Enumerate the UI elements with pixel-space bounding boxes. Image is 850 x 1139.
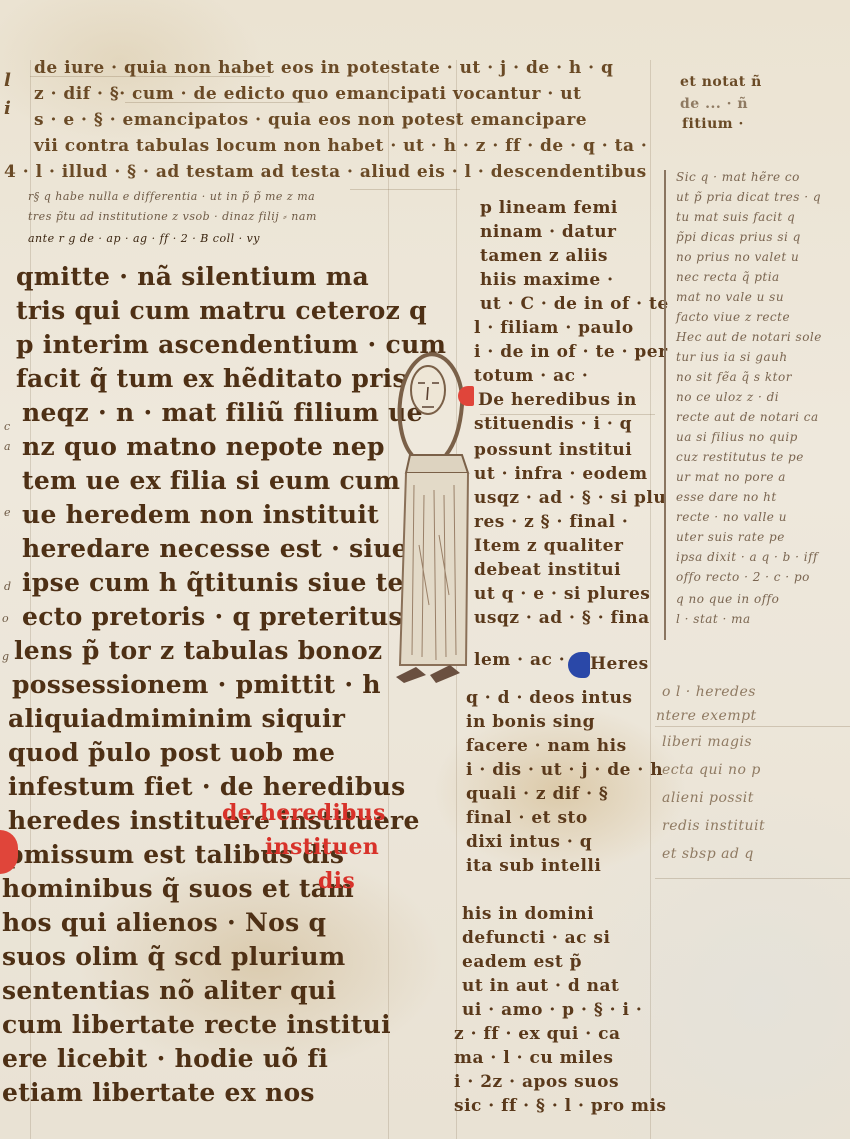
rubric-red-heading: instituen: [265, 834, 379, 860]
text-line: quod p̃ulo post uob me: [8, 738, 335, 767]
gloss-line: vii contra tabulas locum non habet · ut …: [34, 136, 647, 156]
text-line: q · d · deos intus: [466, 688, 632, 708]
gloss-bracket: [664, 170, 666, 640]
text-line: possessionem · pmittit · h: [12, 670, 381, 699]
margin-note: no sit fẽa q̃ s ktor: [676, 370, 792, 384]
margin-note: liberi magis: [662, 734, 752, 750]
margin-note: recte · no valle u: [676, 510, 787, 524]
text-line: tris qui cum matru ceteroz q: [16, 296, 427, 325]
text-line: lens p̃ tor z tabulas bonoz: [14, 636, 382, 665]
red-paraph-mark: [458, 386, 474, 406]
text-line: ere licebit · hodie uõ fi: [2, 1044, 328, 1073]
gloss-line: 4 · l · illud · § · ad testam ad testa ·…: [4, 162, 647, 182]
blue-initial-word: Heres: [590, 654, 649, 674]
text-line: final · et sto: [466, 808, 588, 828]
text-line: defuncti · ac si: [462, 928, 610, 948]
margin-note: uter suis rate pe: [676, 530, 785, 544]
text-line: sic · ff · § · l · pro mis: [454, 1096, 667, 1116]
margin-note: l · stat · ma: [676, 612, 751, 626]
text-line: p lineam femi: [480, 198, 618, 218]
text-line: hiis maxime ·: [480, 270, 614, 290]
text-line: l · filiam · paulo: [474, 318, 634, 338]
margin-note: cuz restitutus te pe: [676, 450, 804, 464]
text-line: facit q̃ tum ex hẽditato pris: [16, 364, 407, 393]
text-line: debeat institui: [474, 560, 621, 580]
text-line: tamen z aliis: [480, 246, 608, 266]
margin-gloss: de ... · ñ: [680, 96, 748, 112]
margin-mark: o: [2, 612, 9, 625]
margin-note: mat no vale u su: [676, 290, 784, 304]
margin-mark: e: [4, 506, 11, 519]
text-line: p interim ascendentium · cum: [16, 330, 446, 359]
margin-note: ntere exempt: [656, 708, 757, 724]
text-line: ue heredem non instituit: [22, 500, 379, 529]
margin-note: offo recto · 2 · c · po: [676, 570, 810, 584]
text-line: z · ff · ex qui · ca: [454, 1024, 621, 1044]
text-line: qmitte · nã silentium ma: [16, 262, 369, 291]
rubric-red-heading: de heredibus: [222, 800, 386, 826]
margin-mark: a: [4, 440, 11, 453]
margin-gloss: fitium ·: [682, 116, 744, 132]
section-heading: De heredibus in: [478, 390, 637, 410]
blue-initial-mark: [568, 652, 590, 678]
text-line: aliquiadmiminim siquir: [8, 704, 345, 733]
text-line: ut in aut · d nat: [462, 976, 619, 996]
margin-note: tur ius ia si gauh: [676, 350, 788, 364]
gloss-line: s · e · § · emancipatos · quia eos non p…: [34, 110, 587, 130]
text-line: ut q · e · si plures: [474, 584, 650, 604]
margin-note: facto viue z recte: [676, 310, 790, 324]
interlinear-note: ante r g de · ap · ag · ff · 2 · B coll …: [28, 232, 260, 245]
margin-note: Sic q · mat hẽre co: [676, 170, 800, 184]
margin-note: recte aut de notari ca: [676, 410, 819, 424]
text-line: infestum fiet · de heredibus: [8, 772, 405, 801]
margin-gloss: et notat ñ: [680, 74, 762, 90]
text-line: etiam libertate ex nos: [2, 1078, 315, 1107]
text-line: Item z qualiter: [474, 536, 623, 556]
margin-note: p̃pi dicas prius si q: [676, 230, 801, 244]
underline-rule: [655, 878, 850, 879]
text-line: ipse cum h q̃titunis siue te: [22, 568, 404, 597]
gloss-line: de iure · quia non habet eos in potestat…: [34, 58, 613, 78]
text-line: ut · infra · eodem: [474, 464, 648, 484]
text-line: ma · l · cu miles: [454, 1048, 613, 1068]
text-line: ecto pretoris · q preteritus h: [22, 602, 430, 631]
margin-note: q no que in offo: [676, 592, 779, 606]
text-line: heredare necesse est · siue d: [22, 534, 435, 563]
margin-mark: i: [4, 98, 11, 119]
text-line: usqz · ad · § · fina: [474, 608, 650, 628]
text-line: his in domini: [462, 904, 594, 924]
text-line: neqz · n · mat filiũ filium ue: [22, 398, 423, 427]
margin-note: ua si filius no quip: [676, 430, 798, 444]
gloss-line: z · dif · §· cum · de edicto quo emancip…: [34, 84, 581, 104]
text-line: i · de in of · te · per: [474, 342, 668, 362]
margin-mark: g: [2, 650, 10, 663]
text-line: facere · nam his: [466, 736, 627, 756]
text-line: hos qui alienos · Nos q: [2, 908, 326, 937]
margin-mark: d: [4, 580, 12, 593]
interlinear-note: r§ q habe nulla e differentia · ut in p̃…: [28, 190, 315, 203]
text-line: possunt institui: [474, 440, 632, 460]
rubric-red-heading: dis: [318, 868, 355, 894]
margin-note: o l · heredes: [662, 684, 756, 700]
margin-note: ut p̃ pria dicat tres · q: [676, 190, 821, 204]
text-line: dixi intus · q: [466, 832, 592, 852]
text-line: in bonis sing: [466, 712, 595, 732]
interlinear-note: tres p̃tu ad institutione z vsob · dinaz…: [28, 210, 317, 223]
text-line: sententias nõ aliter qui: [2, 976, 336, 1005]
text-line: ninam · datur: [480, 222, 617, 242]
text-line: tem ue ex filia si eum cum: [22, 466, 400, 495]
text-line: i · dis · ut · j · de · h: [466, 760, 663, 780]
margin-note: no ce uloz z · di: [676, 390, 779, 404]
text-line: i · 2z · apos suos: [454, 1072, 619, 1092]
text-line: nz quo matno nepote nep: [22, 432, 385, 461]
margin-note: alieni possit: [662, 790, 754, 806]
margin-note: ur mat no pore a: [676, 470, 786, 484]
text-line: cum libertate recte institui: [2, 1010, 391, 1039]
text-line: suos olim q̃ scd plurium: [2, 942, 346, 971]
section-heading: stituendis · i · q: [474, 414, 632, 434]
margin-note: no prius no valet u: [676, 250, 799, 264]
margin-note: et sbsp ad q: [662, 846, 754, 862]
text-line: quali · z dif · §: [466, 784, 608, 804]
text-line: ita sub intelli: [466, 856, 601, 876]
margin-note: redis instituit: [662, 818, 765, 834]
text-line: usqz · ad · § · si plu: [474, 488, 666, 508]
text-line: ut · C · de in of · te: [480, 294, 669, 314]
margin-note: Hec aut de notari sole: [676, 330, 822, 344]
margin-note: nec recta q̃ ptia: [676, 270, 780, 284]
margin-mark: l: [4, 70, 11, 91]
margin-mark: c: [4, 420, 11, 433]
text-line: res · z § · final ·: [474, 512, 628, 532]
text-line: totum · ac ·: [474, 366, 588, 386]
underline-rule: [655, 726, 850, 727]
text-line: lem · ac ·: [474, 650, 565, 670]
margin-note: tu mat suis facit q: [676, 210, 795, 224]
margin-note: esse dare no ht: [676, 490, 777, 504]
text-line: ui · amo · p · § · i ·: [462, 1000, 642, 1020]
margin-note: ipsa dixit · a q · b · iff: [676, 550, 818, 564]
underline-rule: [350, 189, 460, 190]
text-line: eadem est p̃: [462, 952, 582, 972]
margin-note: ecta qui no p: [662, 762, 761, 778]
text-line: hominibus q̃ suos et tam: [2, 874, 354, 903]
